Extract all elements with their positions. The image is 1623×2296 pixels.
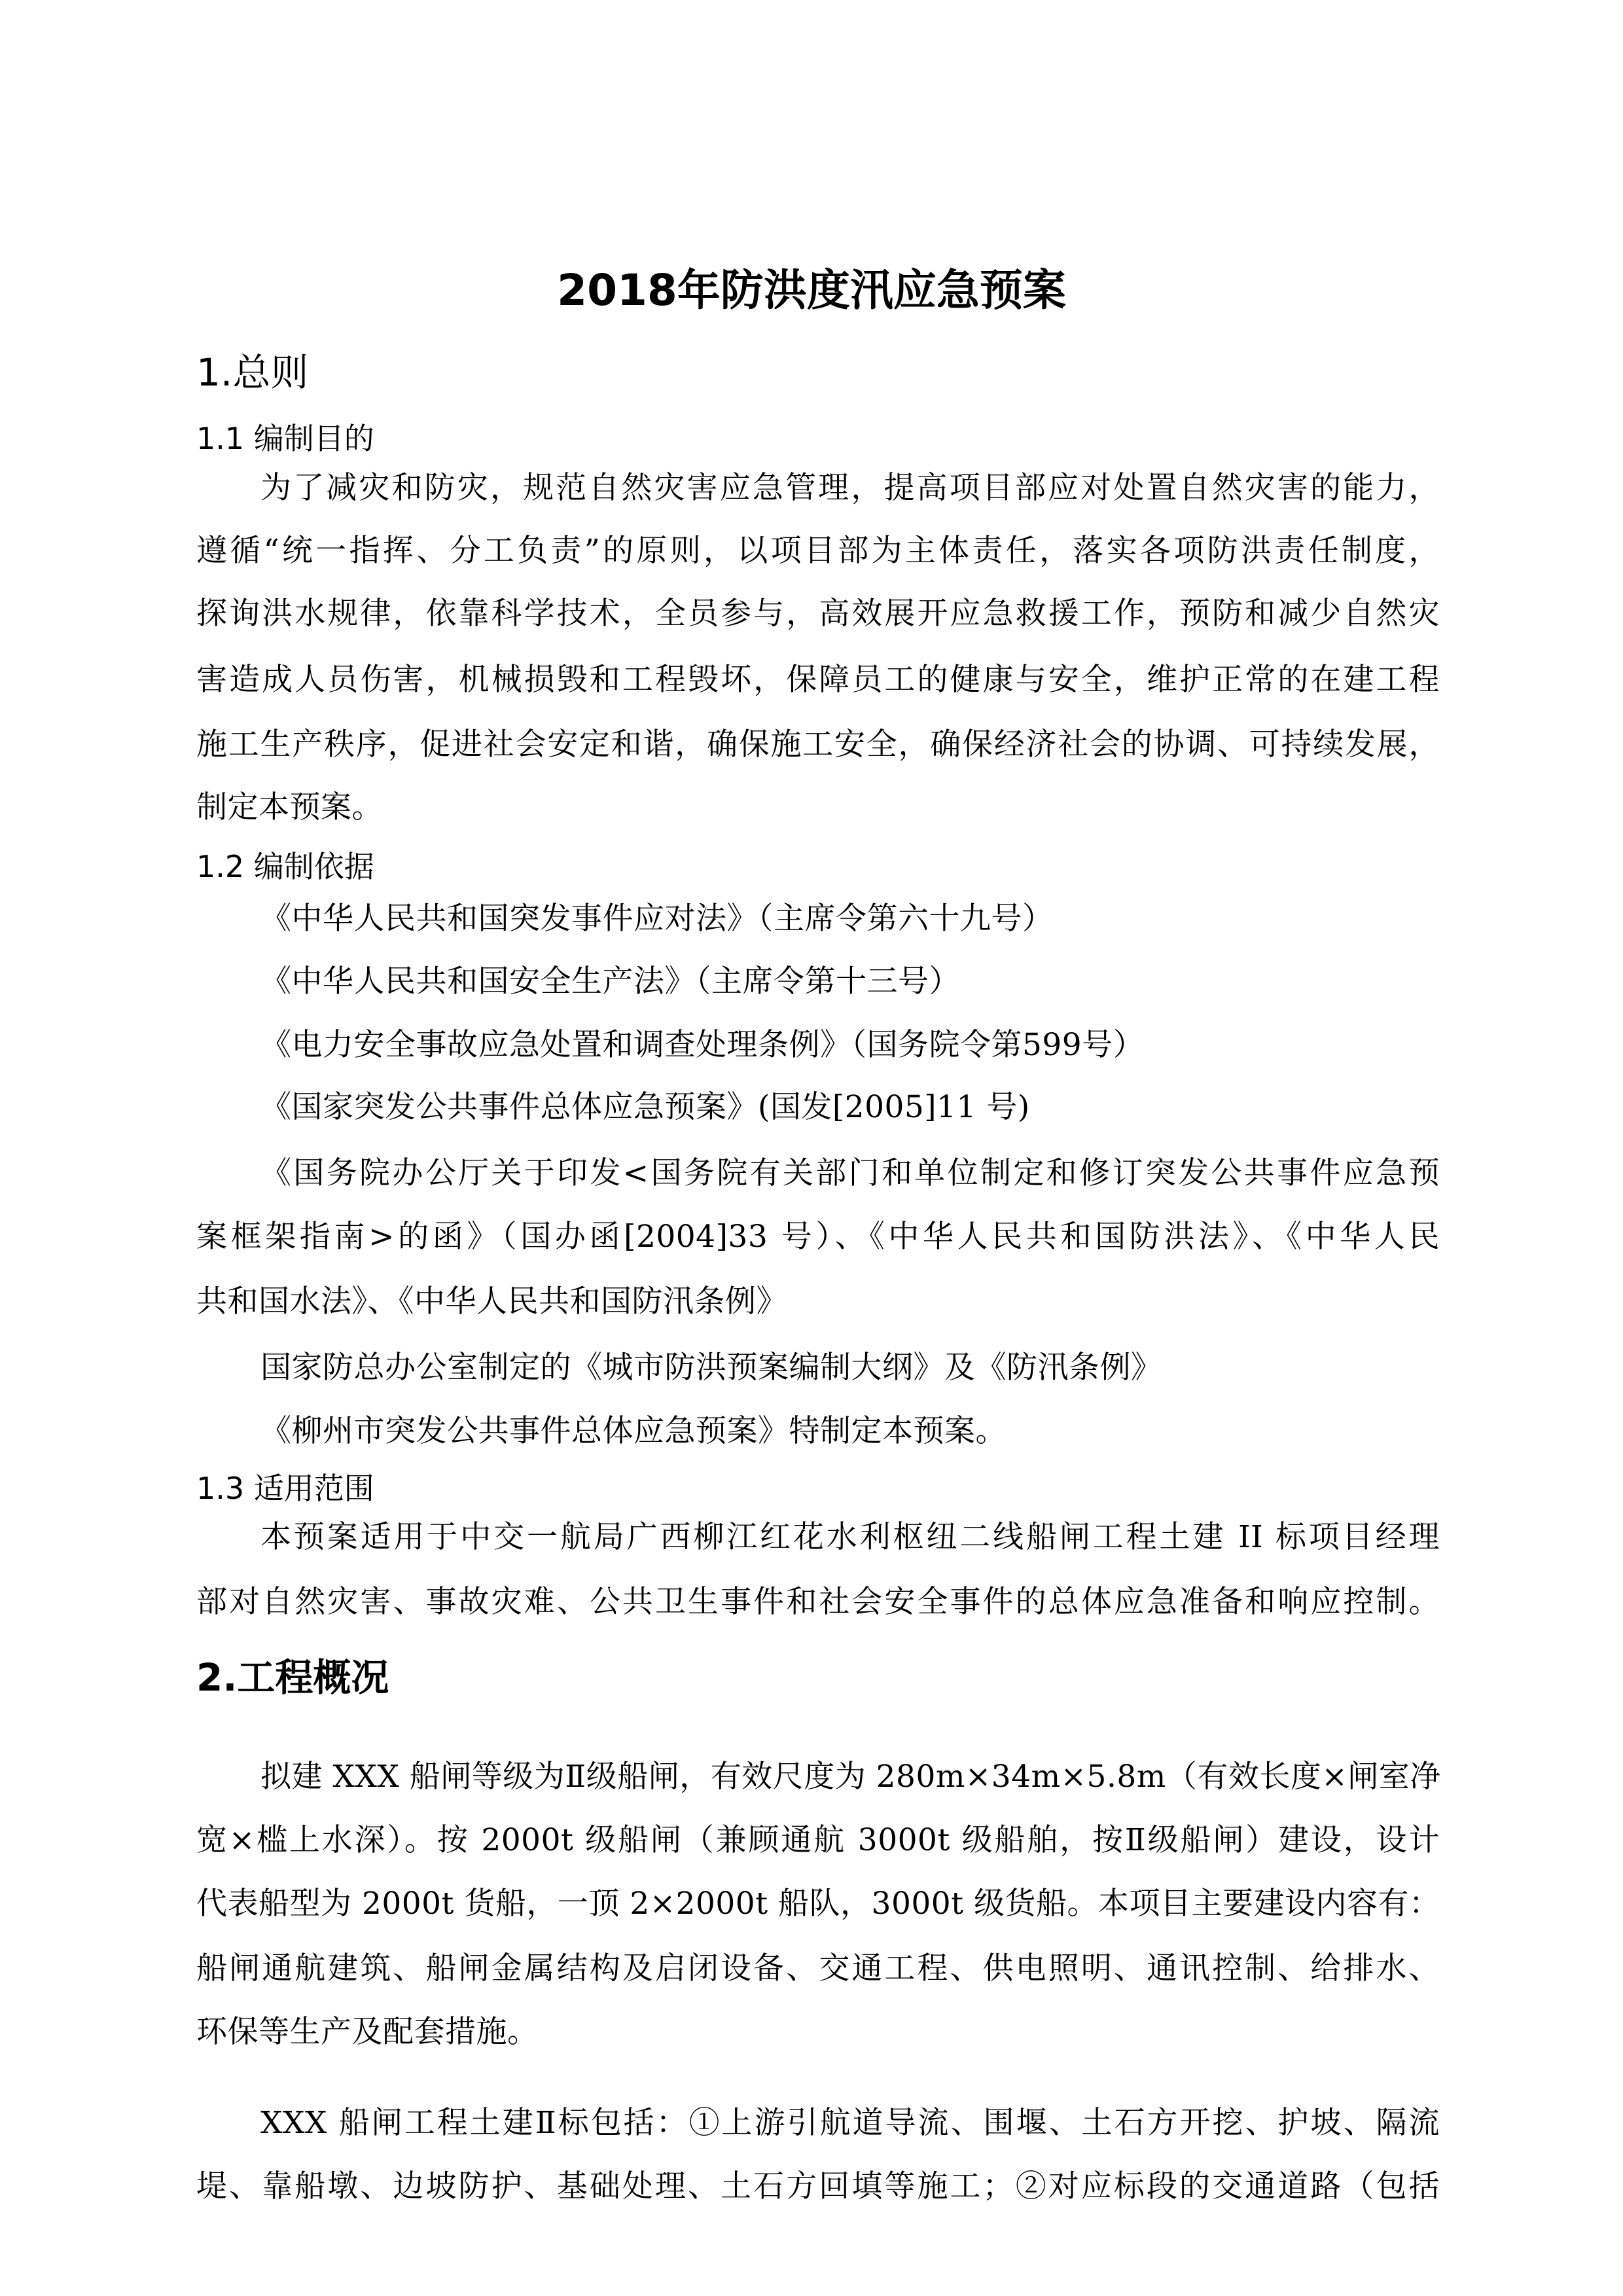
- paragraph-line: 制定本预案。: [196, 783, 1440, 827]
- paragraph-line: 害造成人员伤害，机械损毁和工程毁坏，保障员工的健康与安全，维护正常的在建工程: [196, 655, 1440, 699]
- paragraph-line: 船闸通航建筑、船闸金属结构及启闭设备、交通工程、供电照明、通讯控制、给排水、: [196, 1944, 1440, 1988]
- subsection-heading-1-2: 1.2 编制依据: [196, 843, 374, 886]
- paragraph-line: 探询洪水规律，依靠科学技术，全员参与，高效展开应急救援工作，预防和减少自然灾: [196, 589, 1440, 633]
- reference-item: 《中华人民共和国安全生产法》（主席令第十三号）: [260, 957, 1440, 1001]
- paragraph-line: 遵循“统一指挥、分工负责”的原则，以项目部为主体责任，落实各项防洪责任制度，: [196, 526, 1440, 570]
- subsection-heading-1-1: 1.1 编制目的: [196, 415, 374, 458]
- subsection-heading-1-3: 1.3 适用范围: [196, 1465, 374, 1508]
- reference-item: 共和国水法》、《中华人民共和国防汛条例》: [196, 1277, 1440, 1321]
- paragraph-line: 本预案适用于中交一航局广西柳江红花水利枢纽二线船闸工程土建 II 标项目经理: [260, 1513, 1440, 1556]
- reference-item: 国家防总办公室制定的《城市防洪预案编制大纲》及《防汛条例》: [260, 1343, 1440, 1387]
- reference-item: 《国家突发公共事件总体应急预案》(国发[2005]11 号): [260, 1083, 1440, 1126]
- reference-item: 《电力安全事故应急处置和调查处理条例》（国务院令第599号）: [260, 1020, 1440, 1064]
- paragraph-line: 堤、靠船墩、边坡防护、基础处理、土石方回填等施工；②对应标段的交通道路（包括: [196, 2162, 1440, 2206]
- paragraph-line: XXX 船闸工程土建Ⅱ标包括：①上游引航道导流、围堰、土石方开挖、护坡、隔流: [260, 2098, 1440, 2142]
- paragraph-line: 代表船型为 2000t 货船，一顶 2×2000t 船队，3000t 级货船。本…: [196, 1879, 1440, 1923]
- paragraph-line: 为了减灾和防灾，规范自然灾害应急管理，提高项目部应对处置自然灾害的能力，: [260, 463, 1440, 507]
- document-title: 2018年防洪度汛应急预案: [0, 255, 1623, 317]
- reference-item: 案框架指南>的函》（国办函[2004]33 号）、《中华人民共和国防洪法》、《中…: [196, 1212, 1440, 1256]
- paragraph-line: 宽×槛上水深）。按 2000t 级船闸（兼顾通航 3000t 级船舶，按Ⅱ级船闸…: [196, 1816, 1440, 1859]
- section-heading-2: 2.工程概况: [196, 1647, 389, 1702]
- section-heading-1: 1.总则: [196, 342, 308, 397]
- reference-item: 《国务院办公厅关于印发<国务院有关部门和单位制定和修订突发公共事件应急预: [260, 1149, 1440, 1193]
- paragraph-line: 环保等生产及配套措施。: [196, 2007, 1440, 2051]
- reference-item: 《柳州市突发公共事件总体应急预案》特制定本预案。: [260, 1407, 1440, 1450]
- paragraph-line: 部对自然灾害、事故灾难、公共卫生事件和社会安全事件的总体应急准备和响应控制。: [196, 1577, 1440, 1621]
- paragraph-line: 施工生产秩序，促进社会安定和谐，确保施工安全，确保经济社会的协调、可持续发展，: [196, 720, 1440, 764]
- reference-item: 《中华人民共和国突发事件应对法》（主席令第六十九号）: [260, 894, 1440, 938]
- paragraph-line: 拟建 XXX 船闸等级为Ⅱ级船闸，有效尺度为 280m×34m×5.8m（有效长…: [260, 1752, 1440, 1796]
